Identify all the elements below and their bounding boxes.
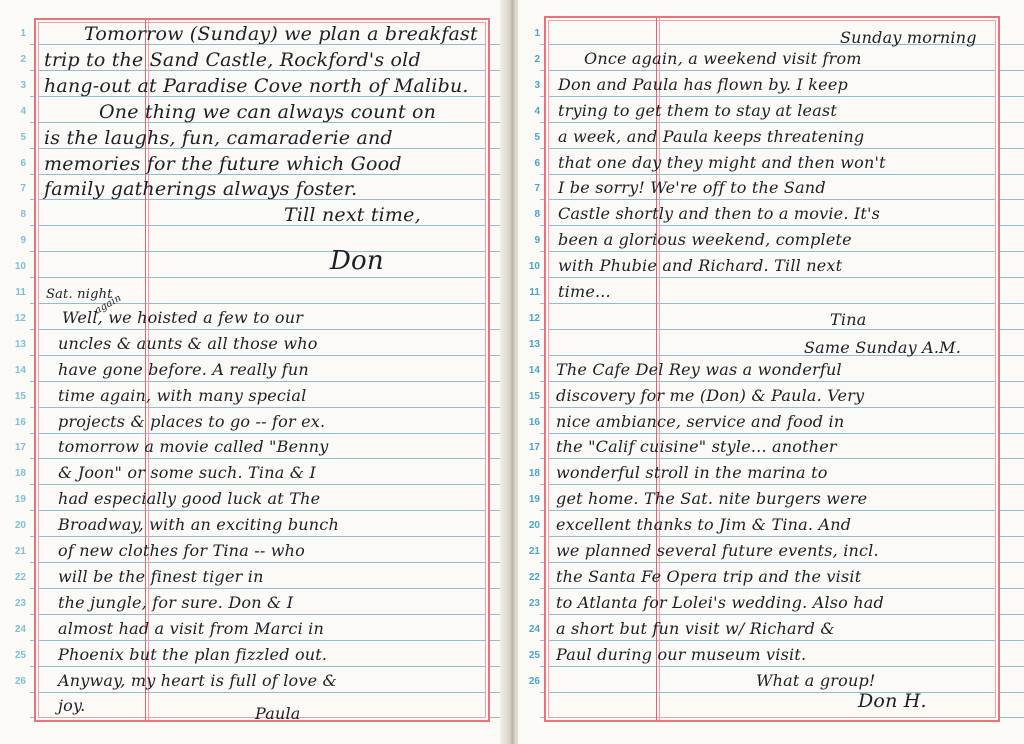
handwritten-line: uncles & aunts & all those who bbox=[58, 336, 318, 352]
handwritten-line: tomorrow a movie called "Benny bbox=[58, 439, 328, 455]
line-number: 6 bbox=[4, 158, 26, 169]
handwritten-line: discovery for me (Don) & Paula. Very bbox=[556, 388, 864, 404]
line-number: 7 bbox=[518, 183, 540, 194]
handwritten-line: is the laughs, fun, camaraderie and bbox=[44, 129, 393, 148]
handwritten-line: Phoenix but the plan fizzled out. bbox=[58, 647, 327, 663]
handwritten-line: One thing we can always count on bbox=[99, 103, 436, 122]
entry-header-sunday-morning: Sunday morning bbox=[840, 30, 977, 46]
handwritten-line: that one day they might and then won't bbox=[558, 155, 886, 171]
line-number: 1 bbox=[518, 28, 540, 39]
line-number: 10 bbox=[4, 261, 26, 272]
line-number: 14 bbox=[518, 365, 540, 376]
line-number: 22 bbox=[4, 572, 26, 583]
handwritten-line: the Santa Fe Opera trip and the visit bbox=[556, 569, 861, 585]
handwritten-line: joy. bbox=[58, 698, 85, 714]
line-number: 1 bbox=[4, 28, 26, 39]
handwritten-line: we planned several future events, incl. bbox=[556, 543, 879, 559]
line-number: 5 bbox=[518, 132, 540, 143]
line-number: 9 bbox=[518, 235, 540, 246]
line-number: 18 bbox=[518, 468, 540, 479]
line-number: 24 bbox=[518, 624, 540, 635]
handwritten-line: Once again, a weekend visit from bbox=[584, 51, 862, 67]
handwritten-line: Till next time, bbox=[284, 206, 421, 225]
line-number: 5 bbox=[4, 132, 26, 143]
handwritten-line: time again, with many special bbox=[58, 388, 306, 404]
line-number: 21 bbox=[4, 546, 26, 557]
handwritten-line: family gatherings always foster. bbox=[44, 180, 357, 199]
handwritten-line: wonderful stroll in the marina to bbox=[556, 465, 828, 481]
handwritten-line: Paul during our museum visit. bbox=[556, 647, 806, 663]
handwritten-line: the "Calif cuisine" style... another bbox=[556, 439, 837, 455]
handwritten-line: almost had a visit from Marci in bbox=[58, 621, 324, 637]
line-number: 18 bbox=[4, 468, 26, 479]
handwritten-line: & Joon" or some such. Tina & I bbox=[58, 465, 316, 481]
signature-don-h: Don H. bbox=[858, 692, 927, 711]
signature-tina: Tina bbox=[830, 312, 866, 328]
line-number: 12 bbox=[4, 313, 26, 324]
line-number: 20 bbox=[4, 520, 26, 531]
line-number: 6 bbox=[518, 158, 540, 169]
line-number: 15 bbox=[518, 391, 540, 402]
handwritten-line: projects & places to go -- for ex. bbox=[58, 414, 325, 430]
line-number: 2 bbox=[4, 54, 26, 65]
line-number: 9 bbox=[4, 235, 26, 246]
handwritten-line: had especially good luck at The bbox=[58, 491, 320, 507]
line-number: 21 bbox=[518, 546, 540, 557]
entry-header-sat-night: Sat. night bbox=[46, 288, 113, 301]
handwritten-line: a short but fun visit w/ Richard & bbox=[556, 621, 835, 637]
handwritten-line: will be the finest tiger in bbox=[58, 569, 264, 585]
handwritten-line: to Atlanta for Lolei's wedding. Also had bbox=[556, 595, 884, 611]
handwritten-line: trip to the Sand Castle, Rockford's old bbox=[44, 51, 421, 70]
line-number: 23 bbox=[4, 598, 26, 609]
left-page: 1234567891011121314151617181920212223242… bbox=[0, 0, 508, 744]
handwritten-line: excellent thanks to Jim & Tina. And bbox=[556, 517, 851, 533]
handwritten-line: Well, we hoisted a few to our bbox=[62, 310, 303, 326]
handwritten-line: hang-out at Paradise Cove north of Malib… bbox=[44, 77, 469, 96]
line-number: 19 bbox=[518, 494, 540, 505]
line-number: 24 bbox=[4, 624, 26, 635]
line-number: 25 bbox=[518, 650, 540, 661]
handwritten-line: Don and Paula has flown by. I keep bbox=[558, 77, 848, 93]
line-number: 17 bbox=[4, 442, 26, 453]
line-number: 16 bbox=[4, 417, 26, 428]
line-number: 4 bbox=[518, 106, 540, 117]
handwritten-line: time... bbox=[558, 284, 611, 300]
line-number: 14 bbox=[4, 365, 26, 376]
line-number: 12 bbox=[518, 313, 540, 324]
handwritten-line: of new clothes for Tina -- who bbox=[58, 543, 305, 559]
line-number: 25 bbox=[4, 650, 26, 661]
line-number: 8 bbox=[518, 209, 540, 220]
line-number: 20 bbox=[518, 520, 540, 531]
handwritten-line: The Cafe Del Rey was a wonderful bbox=[556, 362, 842, 378]
handwritten-line: trying to get them to stay at least bbox=[558, 103, 837, 119]
line-number: 7 bbox=[4, 183, 26, 194]
line-number: 19 bbox=[4, 494, 26, 505]
signature-don: Don bbox=[330, 248, 384, 274]
handwritten-line: with Phubie and Richard. Till next bbox=[558, 258, 842, 274]
right-page: 1234567891011121314151617181920212223242… bbox=[518, 0, 1024, 744]
line-number: 26 bbox=[4, 676, 26, 687]
line-number: 22 bbox=[518, 572, 540, 583]
entry-header-same-sunday: Same Sunday A.M. bbox=[804, 340, 961, 356]
line-number: 15 bbox=[4, 391, 26, 402]
line-number: 13 bbox=[4, 339, 26, 350]
handwritten-line: a week, and Paula keeps threatening bbox=[558, 129, 864, 145]
line-number: 17 bbox=[518, 442, 540, 453]
line-number: 4 bbox=[4, 106, 26, 117]
handwritten-line: Tomorrow (Sunday) we plan a breakfast bbox=[84, 25, 478, 44]
handwritten-line: Castle shortly and then to a movie. It's bbox=[558, 206, 880, 222]
line-number: 10 bbox=[518, 261, 540, 272]
line-number: 23 bbox=[518, 598, 540, 609]
line-number: 8 bbox=[4, 209, 26, 220]
handwritten-line: get home. The Sat. nite burgers were bbox=[556, 491, 867, 507]
handwritten-line: Anyway, my heart is full of love & bbox=[58, 673, 337, 689]
journal-spread: 1234567891011121314151617181920212223242… bbox=[0, 0, 1024, 744]
handwritten-line: been a glorious weekend, complete bbox=[558, 232, 852, 248]
line-number: 16 bbox=[518, 417, 540, 428]
handwritten-line: have gone before. A really fun bbox=[58, 362, 309, 378]
handwritten-line: I be sorry! We're off to the Sand bbox=[558, 180, 826, 196]
line-number: 2 bbox=[518, 54, 540, 65]
line-number: 3 bbox=[4, 80, 26, 91]
line-number: 26 bbox=[518, 676, 540, 687]
line-number: 11 bbox=[518, 287, 540, 298]
handwritten-line: memories for the future which Good bbox=[44, 155, 402, 174]
handwritten-line: Broadway, with an exciting bunch bbox=[58, 517, 339, 533]
handwritten-line: nice ambiance, service and food in bbox=[556, 414, 844, 430]
handwritten-line: the jungle, for sure. Don & I bbox=[58, 595, 293, 611]
handwritten-line: What a group! bbox=[756, 673, 876, 689]
line-number: 13 bbox=[518, 339, 540, 350]
signature-paula: Paula bbox=[255, 706, 301, 722]
line-number: 11 bbox=[4, 287, 26, 298]
line-number: 3 bbox=[518, 80, 540, 91]
